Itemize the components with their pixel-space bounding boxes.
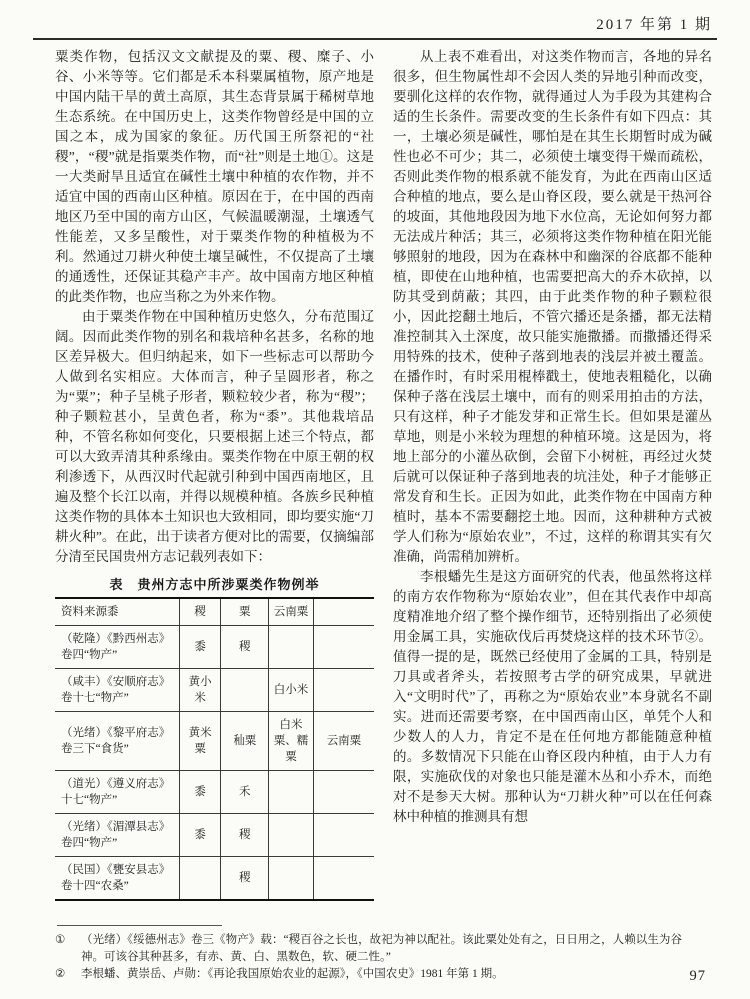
table-row: （道光）《遵义府志》十七“物产” 黍 禾 (55, 771, 374, 814)
crop-cell: 黍 (179, 626, 220, 669)
crop-cell: 秈粟 (221, 712, 269, 771)
paragraph: 李根蟠先生是这方面研究的代表，他虽然将这样的南方农作物称为“原始农业”，但在其代… (393, 567, 712, 827)
left-column: 粟类作物，包括汉文文献提及的粟、稷、糜子、小谷、小米等等。它们都是禾本科粟属植物… (55, 47, 374, 901)
table-row: （光绪）《黎平府志》卷三下“食货” 黄米粟 秈粟 白米粟、糯粟 云南粟 (55, 712, 374, 771)
crop-cell (269, 626, 314, 669)
crop-cell: 稷 (221, 814, 269, 857)
crop-cell: 黄米粟 (179, 712, 220, 771)
paragraph: 粟类作物，包括汉文文献提及的粟、稷、糜子、小谷、小米等等。它们都是禾本科粟属植物… (55, 47, 374, 307)
crop-cell: 黄小米 (179, 669, 220, 712)
table-header-cell: 粟 (221, 598, 269, 626)
table-row: （咸丰）《安顺府志》卷十七“物产” 黄小米 白小米 (55, 669, 374, 712)
crop-cell: 稷 (221, 857, 269, 901)
crop-cell (269, 857, 314, 901)
guizhou-crops-table: 资料来源黍 稷 粟 云南粟 （乾隆）《黔西州志》卷四“物产” 黍 稷 （咸丰）《… (55, 597, 374, 901)
crop-cell: 云南粟 (313, 712, 374, 771)
footnote-text: （光绪）《绥德州志》卷三《物产》载：“稷百谷之长也，故祀为神以配社。该此粟处处有… (81, 932, 712, 966)
table-caption: 表 贵州方志中所涉粟类作物例举 (55, 574, 374, 593)
source-cell: （民国）《甕安县志》卷十四“农桑” (55, 857, 179, 901)
paragraph: 从上表不难看出，对这类作物而言，各地的异名很多，但生物属性却不会因人类的异地引种… (393, 47, 712, 567)
crop-cell: 白小米 (269, 669, 314, 712)
crop-cell: 黍 (179, 771, 220, 814)
table-header-cell: 云南粟 (269, 598, 314, 626)
footnote: ① （光绪）《绥德州志》卷三《物产》载：“稷百谷之长也，故祀为神以配社。该此粟处… (55, 932, 712, 966)
crop-cell: 白米粟、糯粟 (269, 712, 314, 771)
crop-cell (313, 626, 374, 669)
table-header-cell (313, 598, 374, 626)
source-cell: （光绪）《湄潭县志》卷四“物产” (55, 814, 179, 857)
paragraph: 由于粟类作物在中国种植历史悠久，分布范围辽阔。因而此类作物的别名和栽培种名甚多，… (55, 307, 374, 567)
crop-cell (179, 857, 220, 901)
crop-cell: 稷 (221, 626, 269, 669)
table-header-row: 资料来源黍 稷 粟 云南粟 (55, 598, 374, 626)
crop-cell (313, 814, 374, 857)
crop-cell (269, 771, 314, 814)
source-cell: （道光）《遵义府志》十七“物产” (55, 771, 179, 814)
footnote-marker: ② (55, 966, 81, 983)
crop-cell: 黍 (179, 814, 220, 857)
table-header-cell: 稷 (179, 598, 220, 626)
header-divider (33, 38, 717, 40)
right-column: 从上表不难看出，对这类作物而言，各地的异名很多，但生物属性却不会因人类的异地引种… (393, 47, 712, 901)
footnotes-section: ① （光绪）《绥德州志》卷三《物产》载：“稷百谷之长也，故祀为神以配社。该此粟处… (55, 925, 712, 983)
source-cell: （乾隆）《黔西州志》卷四“物产” (55, 626, 179, 669)
table-row: （乾隆）《黔西州志》卷四“物产” 黍 稷 (55, 626, 374, 669)
source-cell: （咸丰）《安顺府志》卷十七“物产” (55, 669, 179, 712)
footnote-marker: ① (55, 932, 81, 949)
table-row: （民国）《甕安县志》卷十四“农桑” 稷 (55, 857, 374, 901)
page-number: 97 (690, 968, 707, 985)
crop-cell (313, 857, 374, 901)
crop-cell (313, 669, 374, 712)
source-cell: （光绪）《黎平府志》卷三下“食货” (55, 712, 179, 771)
table-row: （光绪）《湄潭县志》卷四“物产” 黍 稷 (55, 814, 374, 857)
footnote-divider (57, 925, 222, 926)
journal-issue-label: 2017 年第 1 期 (596, 13, 712, 34)
footnote: ② 李根蟠、黄崇岳、卢勋：《再论我国原始农业的起源》，《中国农史》1981 年第… (55, 966, 712, 983)
journal-page: 2017 年第 1 期 粟类作物，包括汉文文献提及的粟、稷、糜子、小谷、小米等等… (0, 0, 750, 999)
footnote-text: 李根蟠、黄崇岳、卢勋：《再论我国原始农业的起源》，《中国农史》1981 年第 1… (81, 966, 712, 983)
crop-cell (221, 669, 269, 712)
crop-cell (313, 771, 374, 814)
crop-cell (269, 814, 314, 857)
table-header-cell: 资料来源黍 (55, 598, 179, 626)
crop-cell: 禾 (221, 771, 269, 814)
two-column-body: 粟类作物，包括汉文文献提及的粟、稷、糜子、小谷、小米等等。它们都是禾本科粟属植物… (55, 47, 712, 901)
